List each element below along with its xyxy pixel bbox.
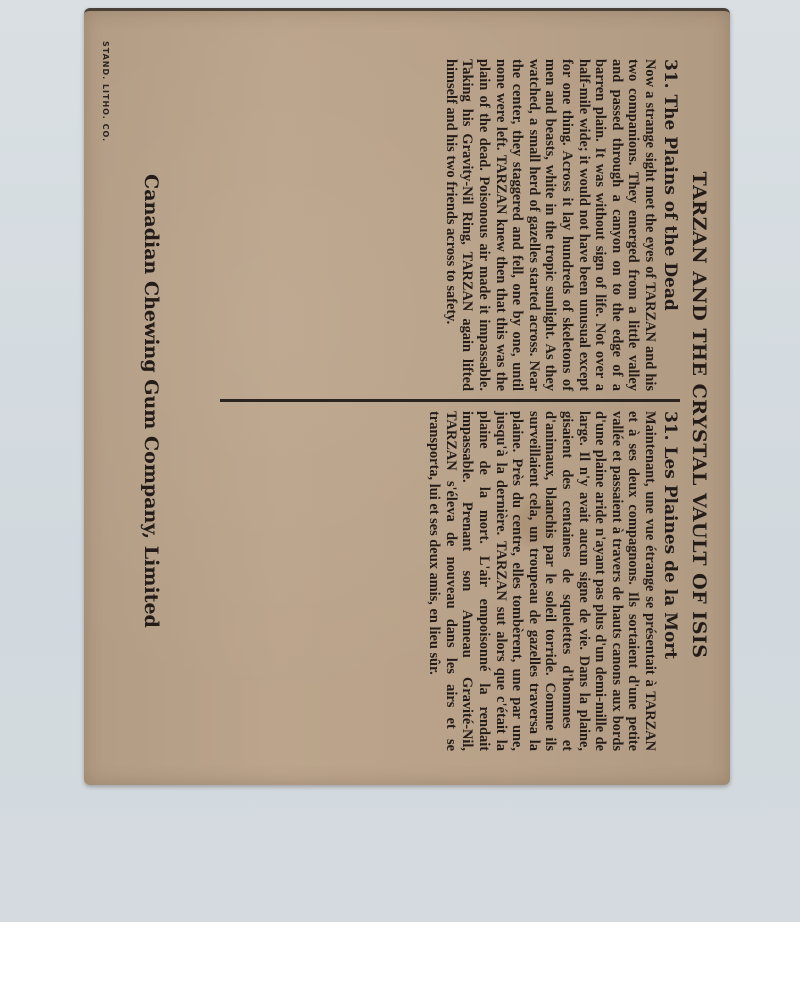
french-body: Maintenant, une vue étrange se présentai… xyxy=(426,411,658,751)
french-column: 31. Les Plaines de la Mort Maintenant, u… xyxy=(426,411,680,751)
column-divider xyxy=(220,399,680,402)
english-body: Now a strange sight met the eyes of TARZ… xyxy=(442,59,658,391)
rotated-card-content: TARZAN AND THE CRYSTAL VAULT OF ISIS 31.… xyxy=(84,11,730,785)
trading-card-back: TARZAN AND THE CRYSTAL VAULT OF ISIS 31.… xyxy=(84,8,730,785)
english-heading: 31. The Plains of the Dead xyxy=(660,59,680,391)
french-heading: 31. Les Plaines de la Mort xyxy=(660,411,680,751)
series-title: TARZAN AND THE CRYSTAL VAULT OF ISIS xyxy=(688,65,710,765)
english-column: 31. The Plains of the Dead Now a strange… xyxy=(442,59,680,391)
publisher-credit: Canadian Chewing Gum Company, Limited xyxy=(140,51,162,751)
printer-credit: STAND. LITHO. CO. xyxy=(101,41,110,142)
